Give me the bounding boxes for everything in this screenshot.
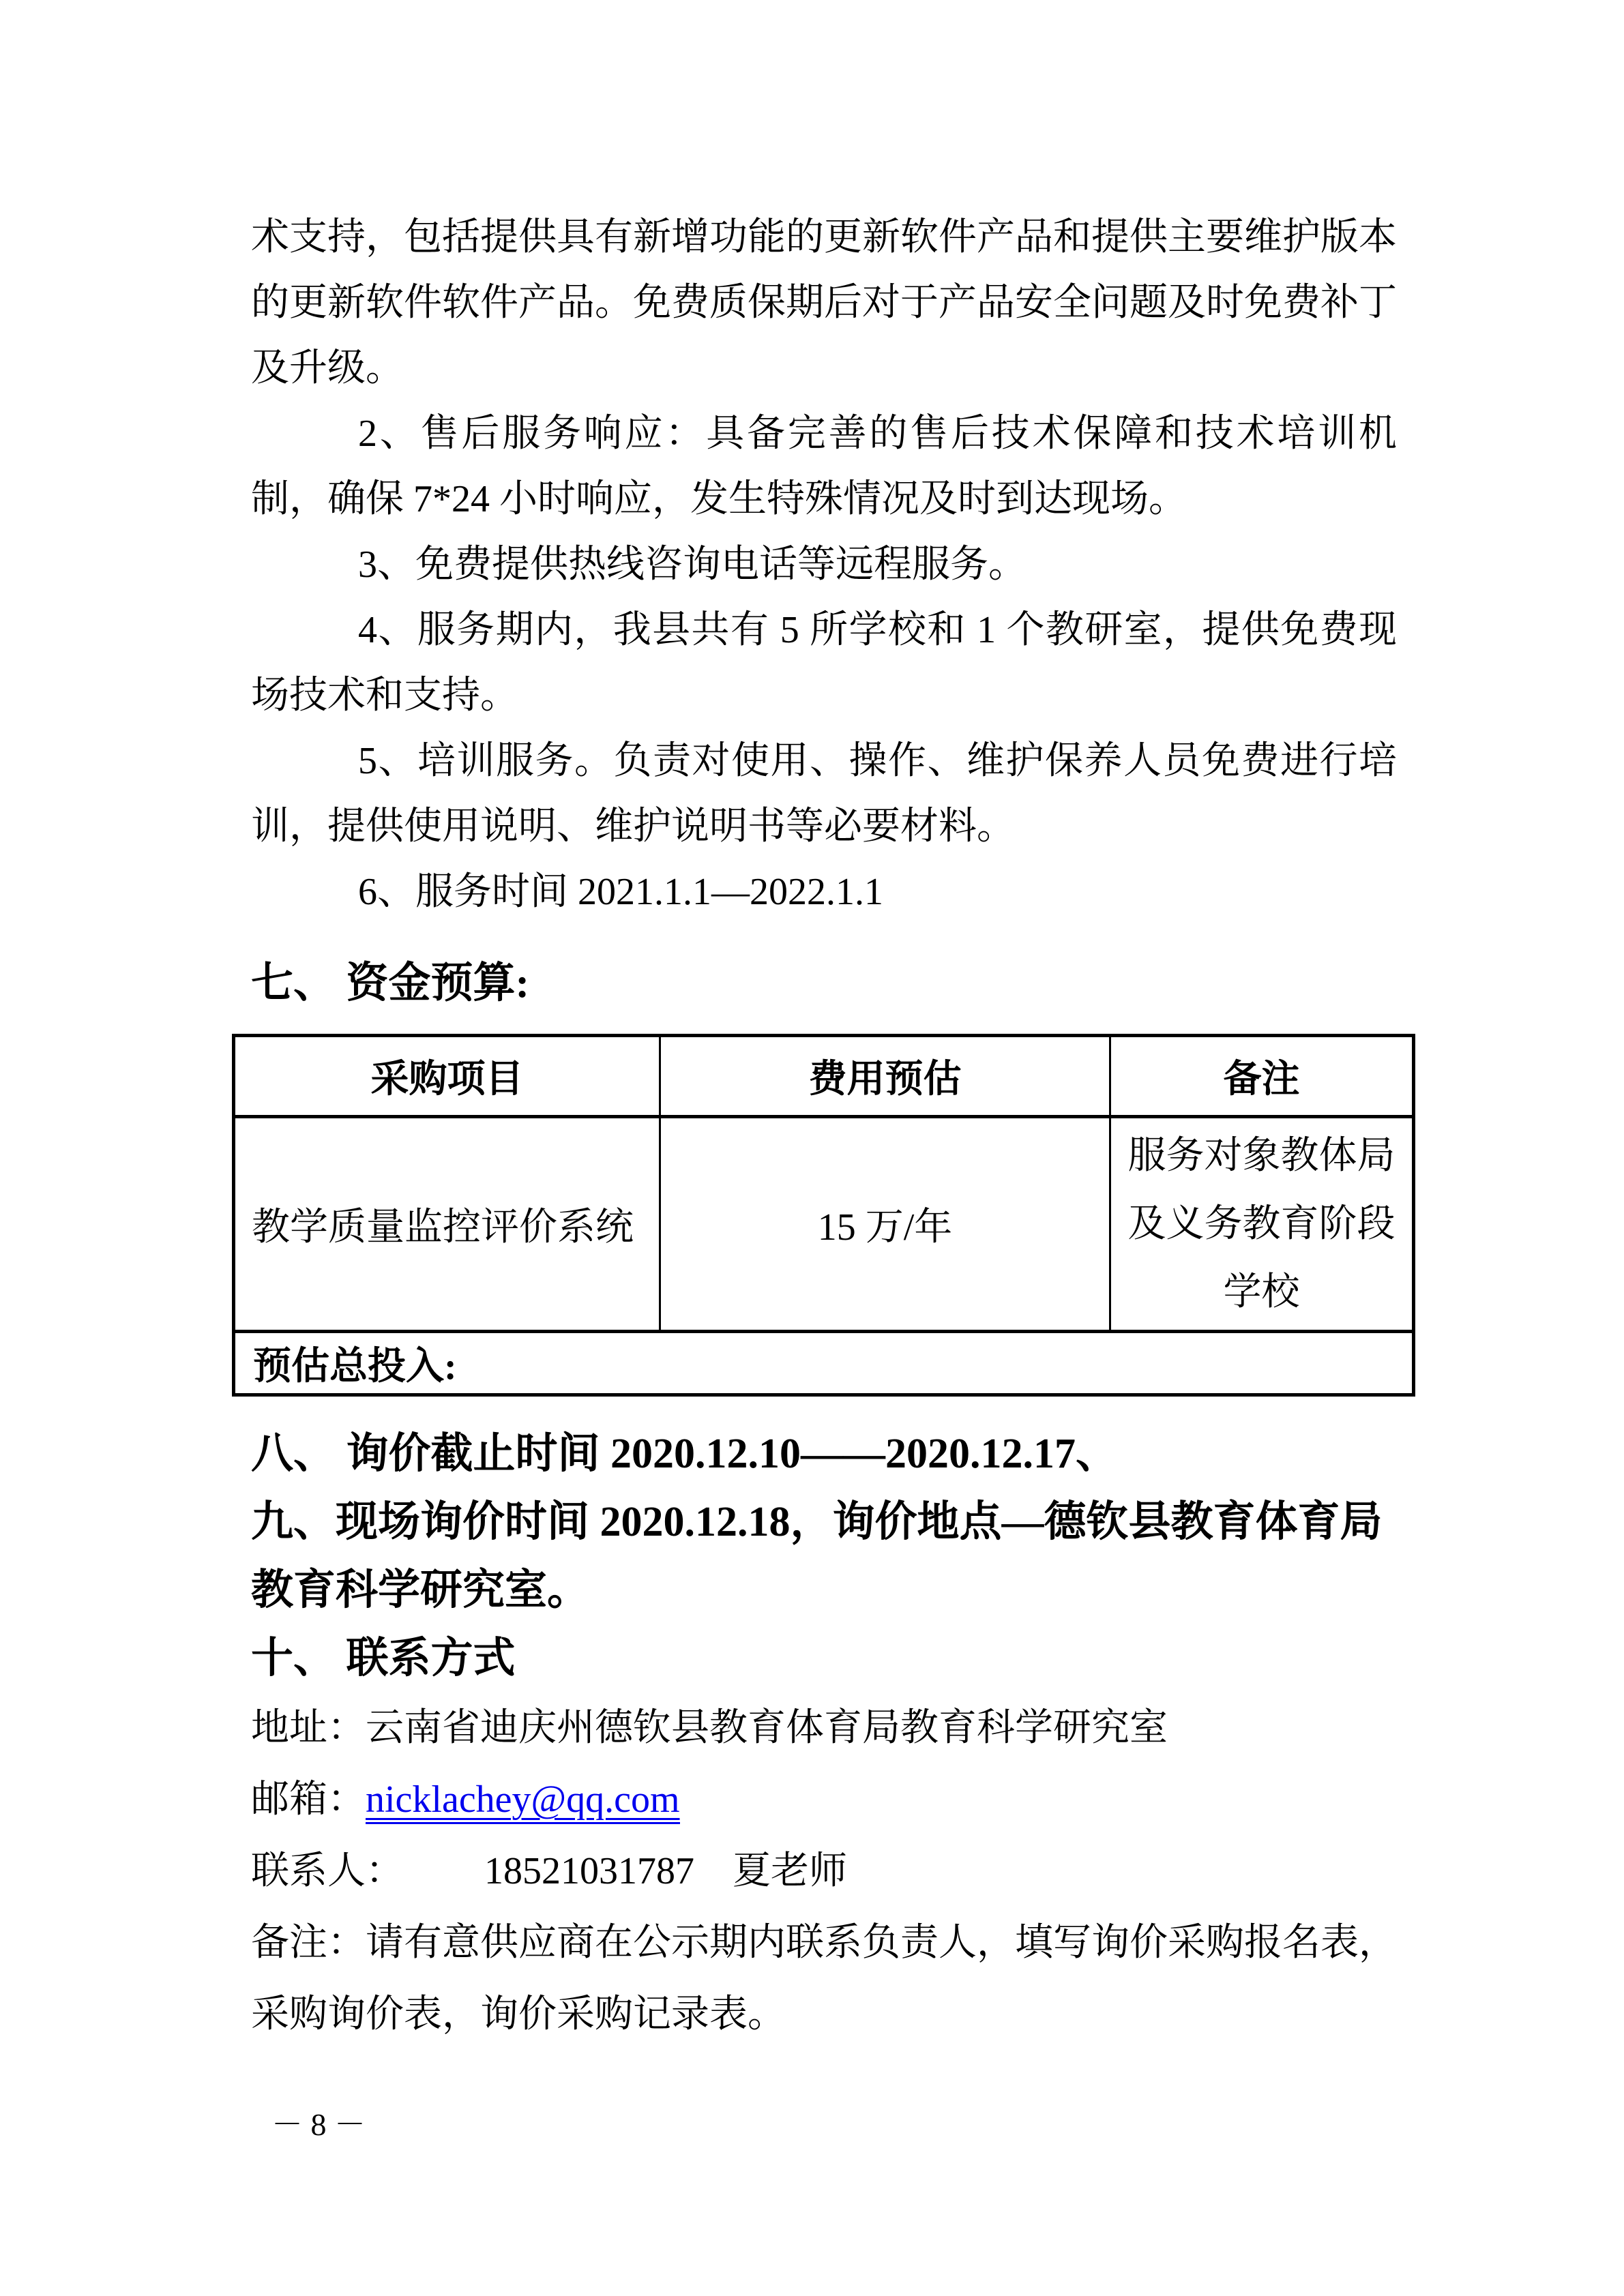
service-term-5: 5、培训服务。负责对使用、操作、维护保养人员免费进行培训，提供使用说明、维护说明… xyxy=(251,728,1397,859)
document-content: 术支持，包括提供具有新增功能的更新软件产品和提供主要维护版本的更新软件软件产品。… xyxy=(251,205,1397,2051)
contact-info: 地址：云南省迪庆州德钦县教育体育局教育科学研究室 邮箱：nicklachey@q… xyxy=(251,1693,1397,2051)
table-total-row: 预估总投入: xyxy=(234,1332,1414,1395)
document-page: 术支持，包括提供具有新增功能的更新软件产品和提供主要维护版本的更新软件软件产品。… xyxy=(0,0,1624,2296)
page-number: － 8 － xyxy=(271,2104,366,2145)
cell-cost-estimate: 15 万/年 xyxy=(660,1117,1110,1332)
column-header-item: 采购项目 xyxy=(234,1036,660,1117)
budget-section-heading: 七、 资金预算: xyxy=(251,949,1397,1017)
service-term-3: 3、免费提供热线咨询电话等远程服务。 xyxy=(251,532,1397,597)
service-term-2: 2、售后服务响应：具备完善的售后技术保障和技术培训机制，确保 7*24 小时响应… xyxy=(251,401,1397,532)
contact-person-name: 夏老师 xyxy=(733,1850,847,1892)
budget-table: 采购项目 费用预估 备注 教学质量监控评价系统 15 万/年 服务对象教体局及义… xyxy=(232,1034,1415,1397)
cell-remark: 服务对象教体局及义务教育阶段学校 xyxy=(1110,1117,1414,1332)
email-link[interactable]: nicklachey@qq.com xyxy=(366,1778,680,1824)
onsite-inquiry-heading: 九、现场询价时间 2020.12.18，询价地点—德钦县教育体育局教育科学研究室… xyxy=(251,1488,1397,1624)
cell-procurement-item: 教学质量监控评价系统 xyxy=(234,1117,660,1332)
contact-note-line: 备注：请有意供应商在公示期内联系负责人，填写询价采购报名表，采购询价表，询价采购… xyxy=(251,1907,1397,2051)
service-term-6: 6、服务时间 2021.1.1—2022.1.1 xyxy=(251,859,1397,925)
service-term-4: 4、服务期内，我县共有 5 所学校和 1 个教研室，提供免费现场技术和支持。 xyxy=(251,597,1397,728)
address-text: 地址：云南省迪庆州德钦县教育体育局教育科学研究室 xyxy=(251,1707,1168,1749)
inquiry-deadline-heading: 八、 询价截止时间 2020.12.10——2020.12.17、 xyxy=(251,1420,1397,1488)
column-header-note: 备注 xyxy=(1110,1036,1414,1117)
total-investment-label: 预估总投入: xyxy=(234,1332,1414,1395)
email-label: 邮箱： xyxy=(251,1778,366,1821)
table-row: 教学质量监控评价系统 15 万/年 服务对象教体局及义务教育阶段学校 xyxy=(234,1117,1414,1332)
column-header-cost: 费用预估 xyxy=(660,1036,1110,1117)
budget-table-header-row: 采购项目 费用预估 备注 xyxy=(234,1036,1414,1117)
contact-person-label: 联系人： xyxy=(251,1850,404,1892)
contact-person-line: 联系人：18521031787夏老师 xyxy=(251,1836,1397,1907)
contact-address-line: 地址：云南省迪庆州德钦县教育体育局教育科学研究室 xyxy=(251,1693,1397,1764)
contact-phone: 18521031787 xyxy=(484,1850,694,1892)
contact-section-heading: 十、 联系方式 xyxy=(251,1624,1397,1693)
intro-paragraph: 术支持，包括提供具有新增功能的更新软件产品和提供主要维护版本的更新软件软件产品。… xyxy=(251,205,1397,401)
contact-email-line: 邮箱：nicklachey@qq.com xyxy=(251,1764,1397,1836)
